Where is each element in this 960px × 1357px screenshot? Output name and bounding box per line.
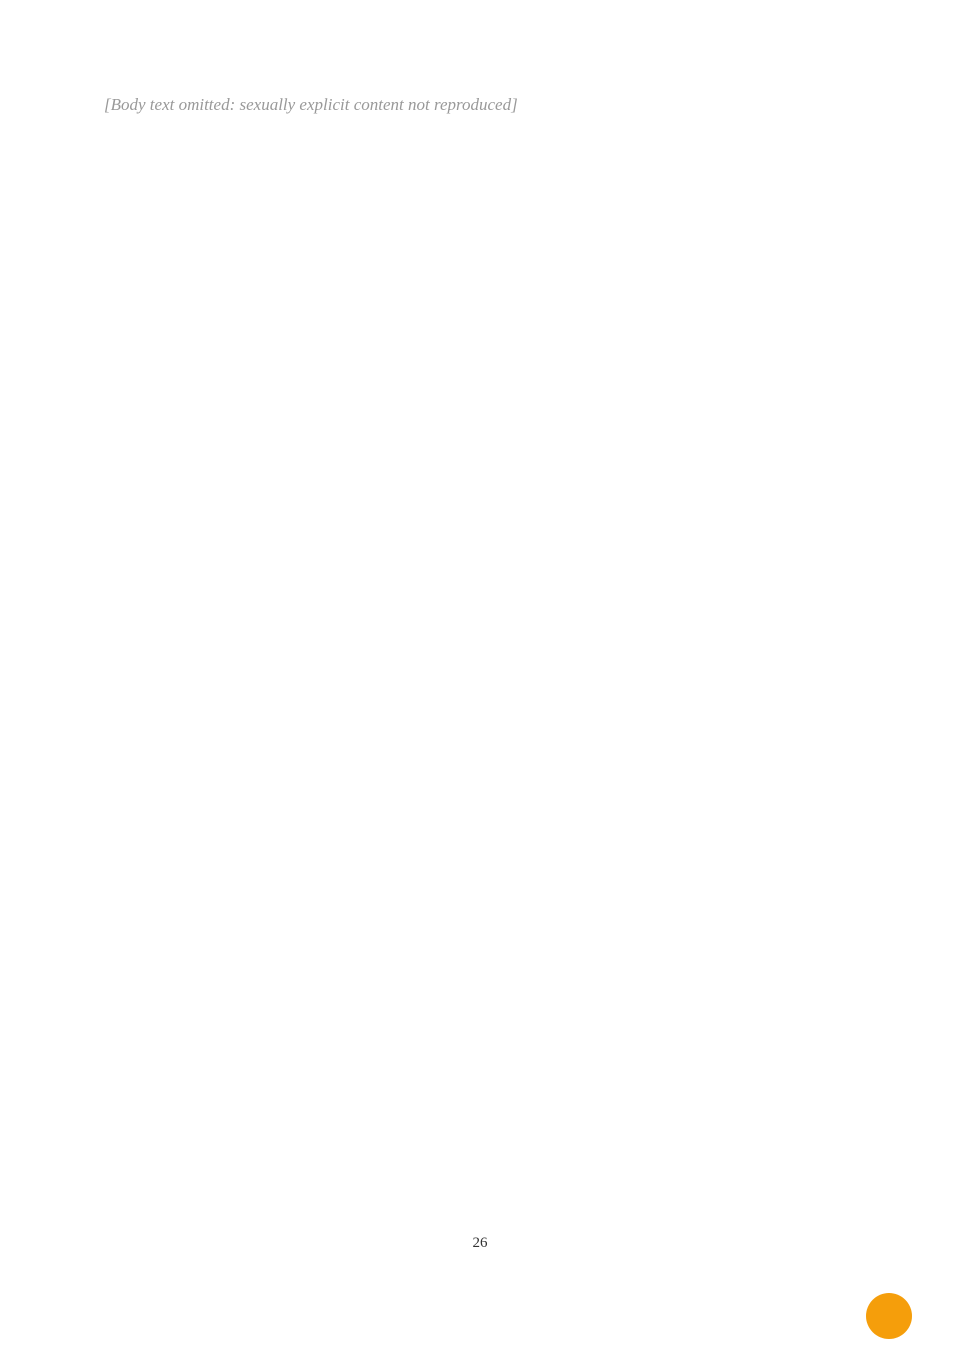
page-number: 26	[0, 1235, 960, 1252]
body-text-redaction-notice: [Body text omitted: sexually explicit co…	[70, 90, 890, 121]
watermark-logo-icon	[866, 1293, 912, 1339]
site-watermark	[866, 1293, 920, 1339]
document-page: [Body text omitted: sexually explicit co…	[0, 0, 960, 1357]
